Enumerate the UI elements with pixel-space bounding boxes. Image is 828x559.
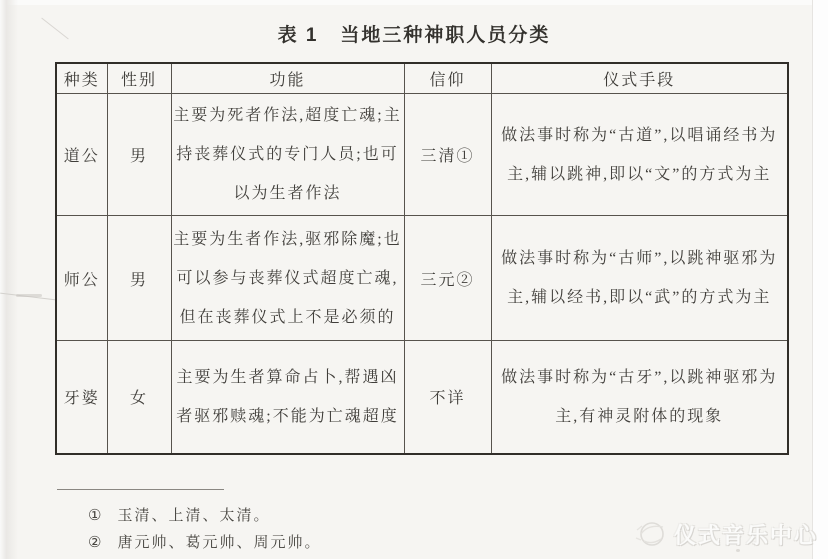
cell-function: 主要为生者作法,驱邪除魔;也可以参与丧葬仪式超度亡魂,但在丧葬仪式上不是必须的 [171, 216, 404, 341]
footnote-1-marker: ① [88, 506, 103, 525]
header-cell-belief: 信仰 [404, 63, 491, 94]
cell-gender: 男 [107, 94, 171, 216]
table-caption-text: 当地三种神职人员分类 [340, 25, 550, 46]
table-row: 师公 男 主要为生者作法,驱邪除魔;也可以参与丧葬仪式超度亡魂,但在丧葬仪式上不… [56, 216, 788, 341]
cell-belief: 不详 [404, 341, 491, 454]
scan-dot-mark [736, 549, 740, 552]
cell-type: 牙婆 [56, 341, 107, 454]
cell-gender: 男 [107, 216, 171, 341]
cell-ritual-method: 做法事时称为“古道”,以唱诵经书为主,辅以跳神,即以“文”的方式为主 [491, 94, 788, 216]
scan-edge-left-shadow [0, 0, 18, 559]
ritual-music-center-logo-icon [634, 518, 668, 550]
cell-type: 师公 [56, 216, 107, 341]
footnote-1-text: 玉清、上清、太清。 [117, 508, 270, 524]
scan-smudge-mark [16, 294, 42, 297]
cell-ritual-method: 做法事时称为“古师”,以跳神驱邪为主,辅以经书,即以“武”的方式为主 [491, 216, 788, 341]
cell-belief: 三清① [404, 94, 491, 216]
scanned-document-page: 表 1当地三种神职人员分类 种类 性别 功能 信仰 仪式手段 道公 男 主要为死… [0, 0, 828, 559]
watermark-text: 仪式音乐中心 [674, 519, 818, 550]
footnote-1: ①玉清、上清、太清。 [88, 504, 270, 525]
footnote-divider [57, 489, 224, 490]
watermark: 仪式音乐中心 [634, 518, 818, 550]
cell-function: 主要为生者算命占卜,帮遇凶者驱邪赎魂;不能为亡魂超度 [171, 341, 404, 454]
table-header-row: 种类 性别 功能 信仰 仪式手段 [56, 63, 788, 94]
table-row: 牙婆 女 主要为生者算命占卜,帮遇凶者驱邪赎魂;不能为亡魂超度 不详 做法事时称… [56, 341, 788, 454]
footnote-2-marker: ② [88, 533, 103, 552]
table-row: 道公 男 主要为死者作法,超度亡魂;主持丧葬仪式的专门人员;也可以为生者作法 三… [56, 94, 788, 216]
footnote-2: ②唐元帅、葛元帅、周元帅。 [88, 531, 321, 552]
table-caption: 表 1当地三种神职人员分类 [0, 20, 828, 47]
scan-edge-top [0, 0, 828, 5]
cell-belief: 三元② [404, 216, 491, 341]
cell-ritual-method: 做法事时称为“古牙”,以跳神驱邪为主,有神灵附体的现象 [491, 341, 788, 454]
scan-edge-right [812, 0, 828, 559]
cell-gender: 女 [107, 341, 171, 454]
cell-function: 主要为死者作法,超度亡魂;主持丧葬仪式的专门人员;也可以为生者作法 [171, 94, 404, 216]
classification-table: 种类 性别 功能 信仰 仪式手段 道公 男 主要为死者作法,超度亡魂;主持丧葬仪… [55, 62, 789, 455]
header-cell-function: 功能 [171, 63, 404, 94]
footnote-2-text: 唐元帅、葛元帅、周元帅。 [117, 535, 321, 551]
cell-type: 道公 [56, 94, 107, 216]
header-cell-gender: 性别 [107, 63, 171, 94]
header-cell-type: 种类 [56, 63, 107, 94]
header-cell-ritual-method: 仪式手段 [491, 63, 788, 94]
table-caption-number: 表 1 [278, 25, 319, 46]
